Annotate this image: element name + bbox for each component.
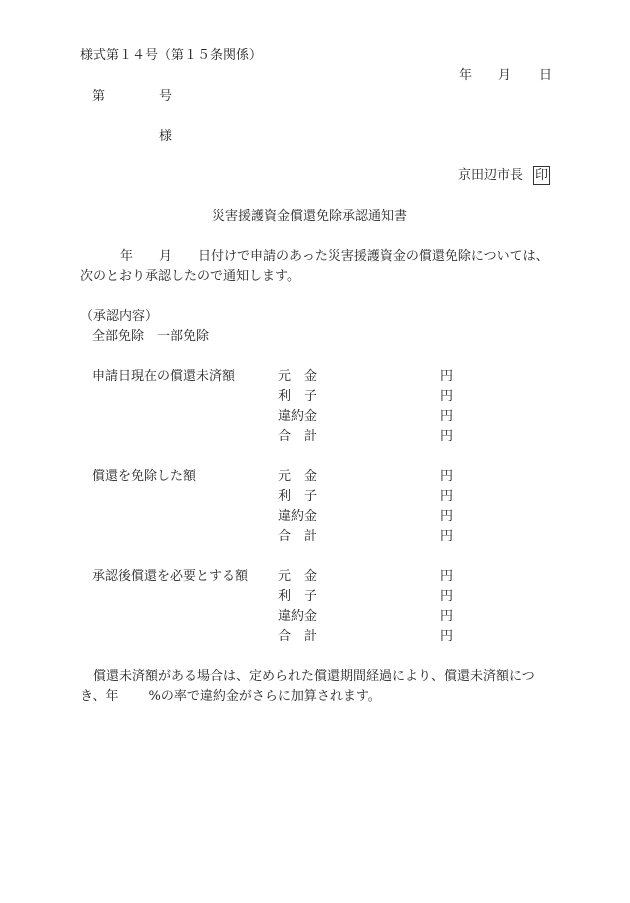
yen-unit: 円 [440, 487, 453, 507]
seal-mark: 印 [533, 166, 550, 185]
intro-paragraph: 年月日付けで申請のあった災害援護資金の償還免除については、次のとおり承認したので… [80, 247, 552, 287]
amount-row: 利 子 円 [0, 387, 630, 407]
yen-unit: 円 [440, 627, 453, 647]
document-number-suffix: 号 [159, 87, 172, 107]
addressee-suffix: 様 [159, 127, 172, 147]
amount-row: 違約金 円 [0, 607, 630, 627]
date-month-label: 月 [498, 66, 511, 86]
row-label: 元 金 [278, 467, 317, 487]
row-label: 違約金 [278, 607, 317, 627]
document-title: 災害援護資金償還免除承認通知書 [212, 207, 407, 227]
date-year-label: 年 [459, 66, 472, 86]
row-label: 利 子 [278, 387, 317, 407]
intro-month: 月 [159, 249, 172, 264]
form-number: 様式第１４号（第１５条関係） [80, 46, 262, 66]
approval-heading: （承認内容） [80, 307, 158, 327]
row-label: 違約金 [278, 507, 317, 527]
issuer: 京田辺市長印 [458, 166, 550, 186]
yen-unit: 円 [440, 507, 453, 527]
approval-options: 全部免除 一部免除 [92, 327, 209, 347]
yen-unit: 円 [440, 587, 453, 607]
amount-row: 違約金 円 [0, 407, 630, 427]
issuer-name: 京田辺市長 [458, 168, 523, 183]
note-part2: %の率で違約金がさらに加算されます。 [148, 689, 380, 704]
yen-unit: 円 [440, 567, 453, 587]
document-number-prefix: 第 [92, 87, 105, 107]
amount-row: 利 子 円 [0, 487, 630, 507]
amount-row: 元 金 円 [0, 367, 630, 387]
amount-row: 元 金 円 [0, 567, 630, 587]
row-label: 合 計 [278, 427, 317, 447]
amount-row: 違約金 円 [0, 507, 630, 527]
amount-row: 合 計 円 [0, 527, 630, 547]
yen-unit: 円 [440, 607, 453, 627]
yen-unit: 円 [440, 387, 453, 407]
yen-unit: 円 [440, 407, 453, 427]
amount-row: 合 計 円 [0, 427, 630, 447]
yen-unit: 円 [440, 367, 453, 387]
yen-unit: 円 [440, 427, 453, 447]
yen-unit: 円 [440, 527, 453, 547]
row-label: 元 金 [278, 367, 317, 387]
row-label: 違約金 [278, 407, 317, 427]
intro-year: 年 [120, 249, 133, 264]
row-label: 合 計 [278, 627, 317, 647]
row-label: 合 計 [278, 527, 317, 547]
amount-row: 利 子 円 [0, 587, 630, 607]
row-label: 利 子 [278, 587, 317, 607]
penalty-note: 償還未済額がある場合は、定められた償還期間経過により、償還未済額につき、年%の率… [80, 667, 552, 707]
amount-row: 元 金 円 [0, 467, 630, 487]
row-label: 利 子 [278, 487, 317, 507]
intro-text: 日付けで申請のあった災害援護資金の償還免除については、次のとおり承認したので通知… [80, 249, 549, 284]
row-label: 元 金 [278, 567, 317, 587]
yen-unit: 円 [440, 467, 453, 487]
amount-row: 合 計 円 [0, 627, 630, 647]
date-day-label: 日 [539, 66, 552, 86]
